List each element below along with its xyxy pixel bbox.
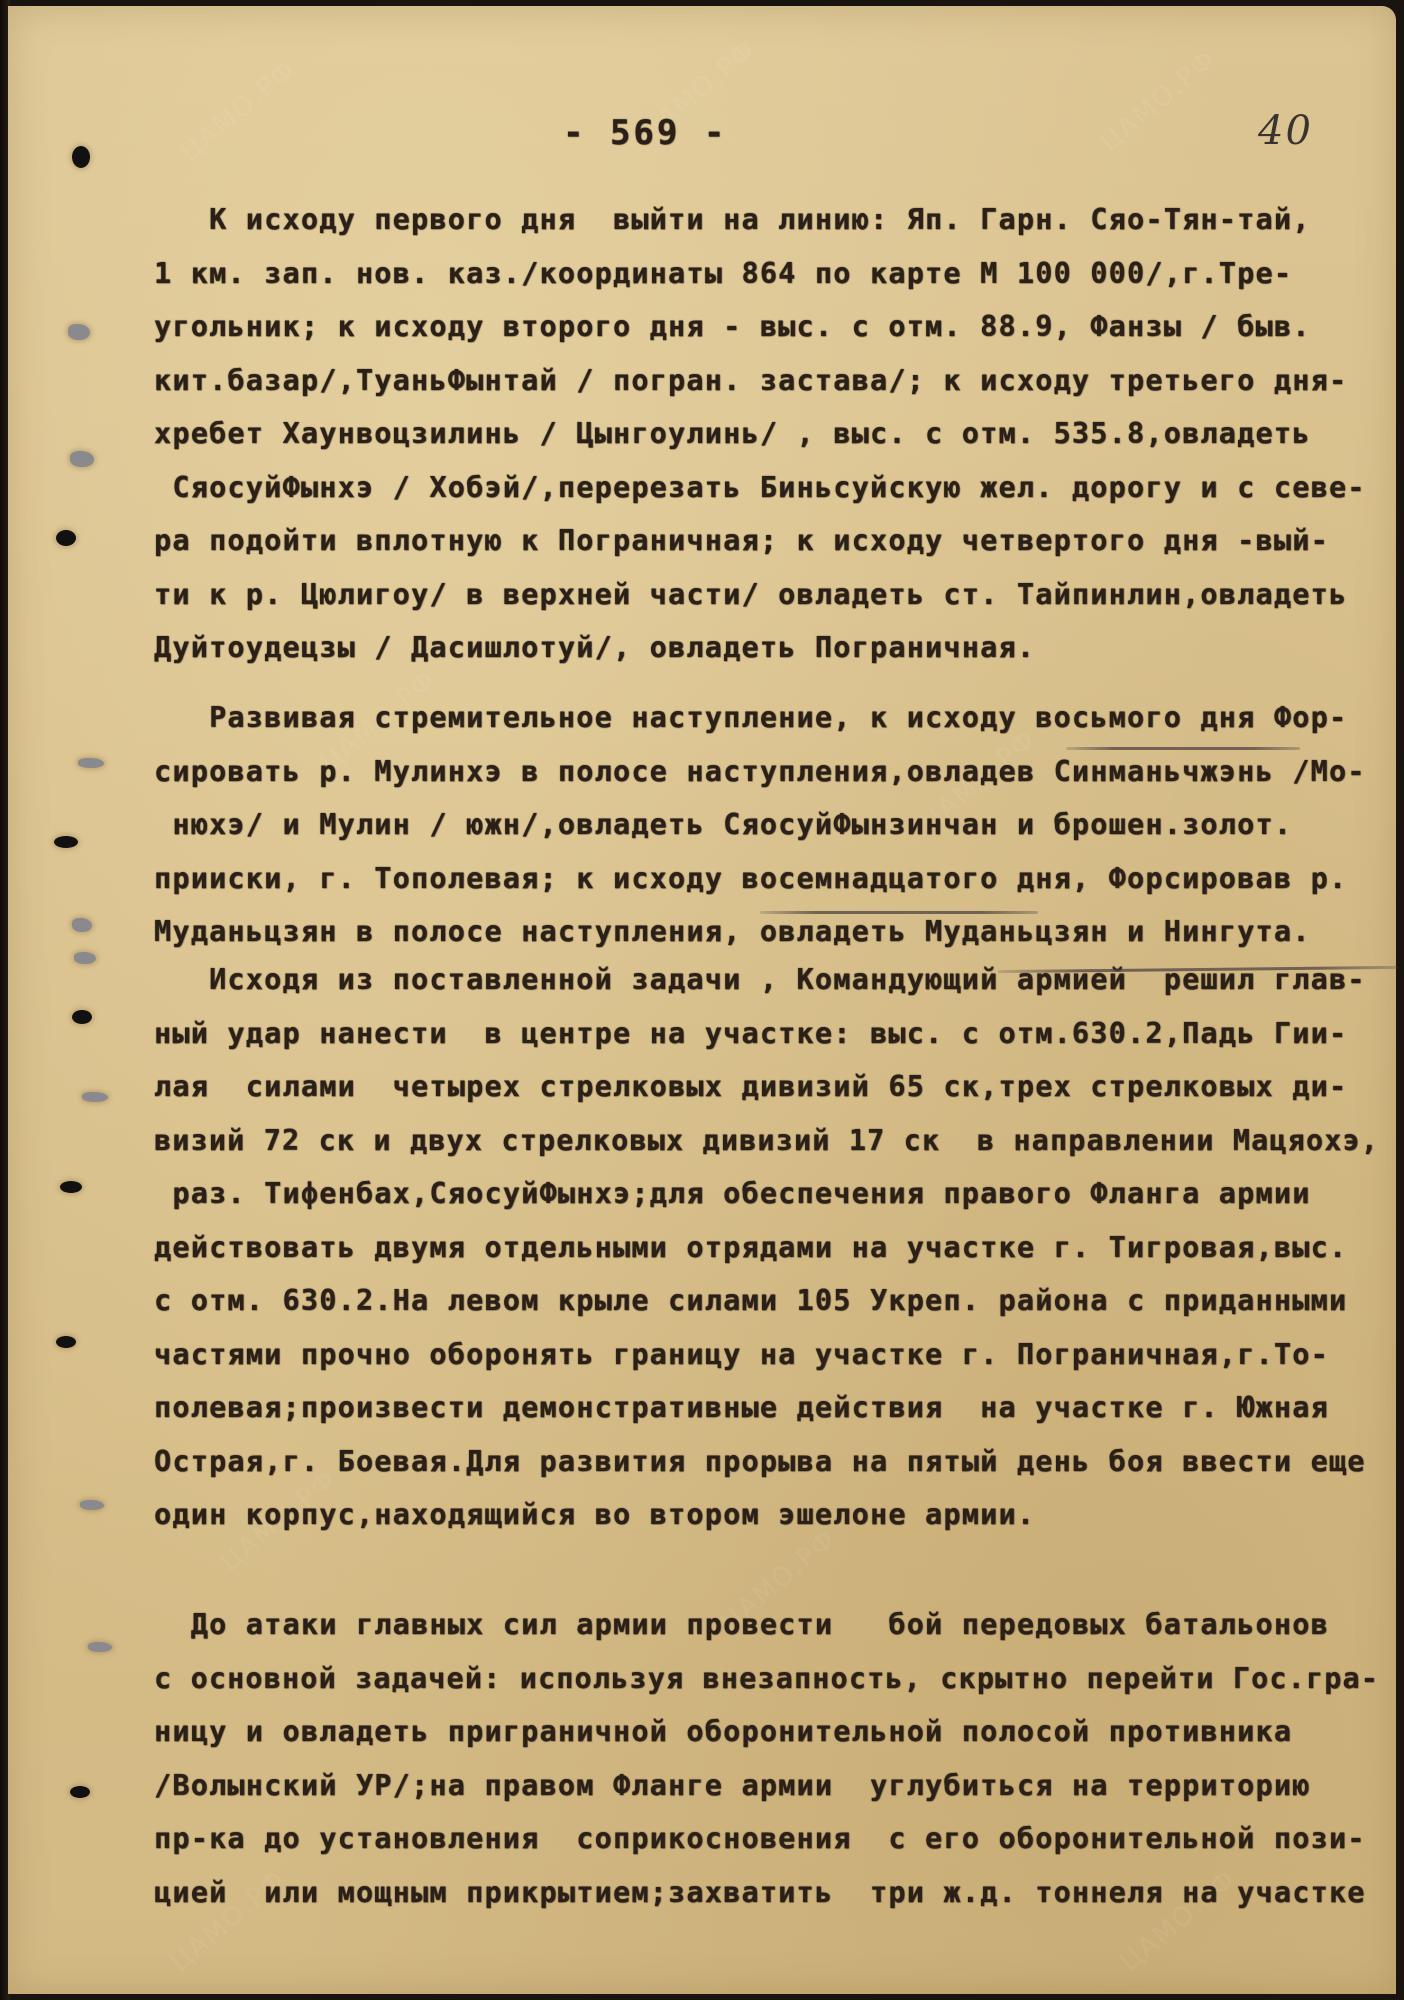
text-line: угольник; к исходу второго дня - выс. с … bbox=[154, 313, 1311, 342]
text-line: один корпус,находящийся во втором эшелон… bbox=[154, 1501, 1035, 1530]
punch-hole bbox=[56, 530, 76, 546]
punch-hole bbox=[70, 1786, 90, 1798]
punch-hole bbox=[70, 451, 94, 467]
punch-hole bbox=[72, 146, 90, 168]
text-line: ра подойти вплотную к Пограничная; к исх… bbox=[154, 527, 1329, 556]
punch-hole bbox=[72, 1010, 92, 1024]
text-line: пр-ка до установления соприкосновения с … bbox=[154, 1825, 1366, 1854]
text-line: нюхэ/ и Мулин / южн/,овладеть СяосуйФынз… bbox=[154, 811, 1292, 840]
watermark: ЦАМО.РФ bbox=[1095, 44, 1222, 158]
text-line: хребет Хаунвоцзилинь / Цынгоулинь/ , выс… bbox=[154, 420, 1311, 449]
pencil-underline bbox=[760, 911, 1038, 914]
watermark: ЦАМО.РФ bbox=[175, 54, 302, 168]
text-line: Острая,г. Боевая.Для развития прорыва на… bbox=[154, 1448, 1366, 1477]
text-line: ницу и овладеть приграничной оборонитель… bbox=[154, 1718, 1292, 1747]
text-line: ти к р. Цюлигоу/ в верхней части/ овладе… bbox=[154, 581, 1347, 610]
punch-hole bbox=[68, 324, 90, 340]
handwritten-folio-number: 40 bbox=[1258, 108, 1313, 154]
text-line: с основной задачей: используя внезапност… bbox=[154, 1665, 1379, 1694]
punch-hole bbox=[74, 952, 96, 964]
text-line: Дуйтоудецзы / Дасишлотуй/, овладеть Погр… bbox=[154, 634, 1035, 663]
punch-hole bbox=[60, 1181, 82, 1193]
text-line: действовать двумя отдельными отрядами на… bbox=[154, 1234, 1347, 1263]
text-line: СяосуйФынхэ / Хобэй/,перерезать Биньсуйс… bbox=[154, 474, 1366, 503]
text-line: ный удар нанести в центре на участке: вы… bbox=[154, 1020, 1347, 1049]
text-line: частями прочно оборонять границу на учас… bbox=[154, 1341, 1329, 1370]
punch-hole bbox=[56, 1336, 76, 1348]
pencil-underline bbox=[1066, 747, 1300, 750]
punch-hole bbox=[72, 918, 92, 932]
page-number: - 569 - bbox=[563, 116, 727, 150]
punch-hole bbox=[80, 1500, 104, 1510]
text-line: цией или мощным прикрытием;захватить три… bbox=[154, 1879, 1366, 1908]
text-line: кит.базар/,ТуаньФынтай / погран. застава… bbox=[154, 367, 1347, 396]
punch-hole bbox=[78, 758, 104, 768]
text-line: полевая;произвести демонстративные дейст… bbox=[154, 1394, 1329, 1423]
text-line: /Волынский УР/;на правом Фланге армии уг… bbox=[154, 1772, 1311, 1801]
text-line: До атаки главных сил армии провести бой … bbox=[154, 1611, 1329, 1640]
text-line: лая силами четырех стрелковых дивизий 65… bbox=[154, 1073, 1347, 1102]
text-line: с отм. 630.2.На левом крыле силами 105 У… bbox=[154, 1287, 1347, 1316]
document-page: ЦАМО.РФ ЦАМО.РФ ЦАМО.РФ ЦАМО.РФ ЦАМО.РФ … bbox=[8, 6, 1396, 1994]
text-line: К исходу первого дня выйти на линию: Яп.… bbox=[154, 206, 1311, 235]
text-line: сировать р. Мулинхэ в полосе наступления… bbox=[154, 758, 1366, 787]
text-line: прииски, г. Тополевая; к исходу восемнад… bbox=[154, 865, 1347, 894]
text-line: раз. Тифенбах,СяосуйФынхэ;для обеспечени… bbox=[154, 1180, 1311, 1209]
punch-hole bbox=[82, 1092, 108, 1102]
punch-hole bbox=[88, 1642, 112, 1652]
text-line: Муданьцзян в полосе наступления, овладет… bbox=[154, 918, 1311, 947]
text-line: 1 км. зап. нов. каз./координаты 864 по к… bbox=[154, 260, 1292, 289]
punch-hole bbox=[54, 836, 78, 848]
text-line: Развивая стремительное наступление, к ис… bbox=[154, 704, 1347, 733]
text-line: визий 72 ск и двух стрелковых дивизий 17… bbox=[154, 1127, 1379, 1156]
